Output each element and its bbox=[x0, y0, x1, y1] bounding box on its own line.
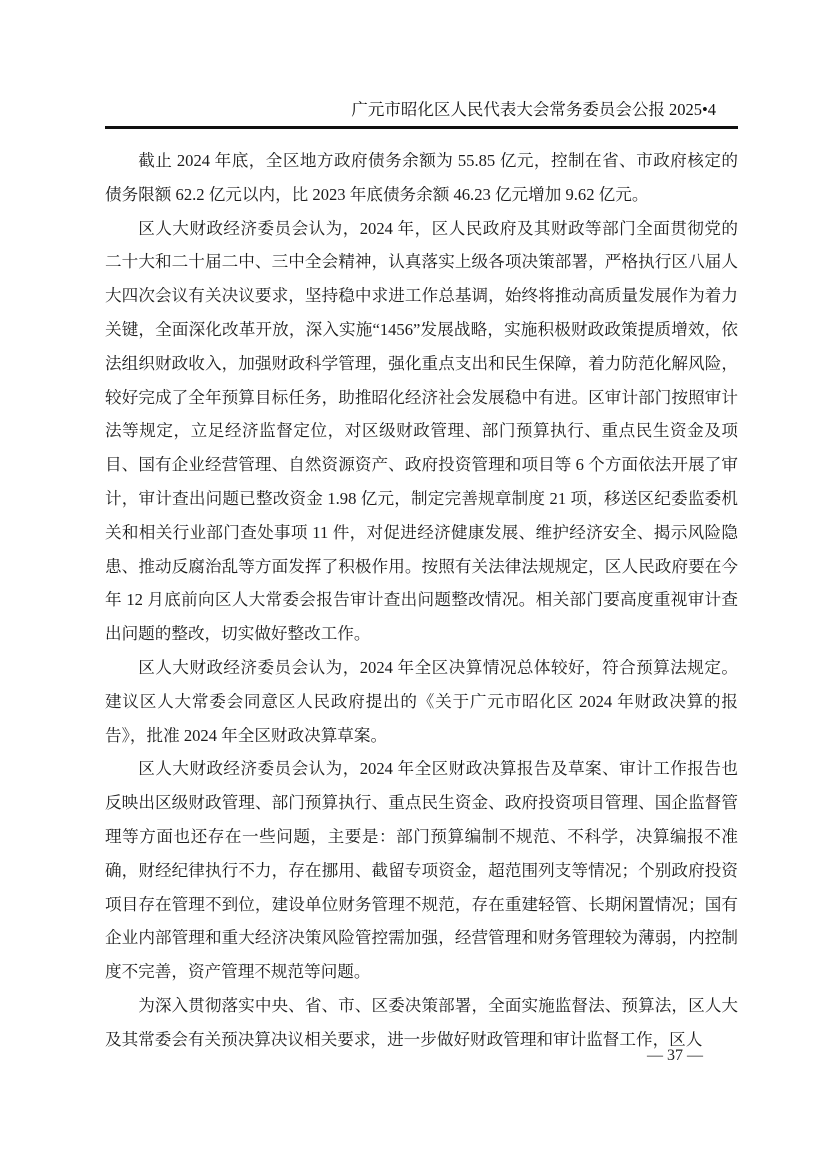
body-paragraph: 区人大财政经济委员会认为，2024 年，区人民政府及其财政等部门全面贯彻党的二十… bbox=[105, 212, 738, 651]
page-number: — 37 — bbox=[613, 1044, 737, 1068]
header-title: 广元市昭化区人民代表大会常务委员会公报 2025•4 bbox=[105, 99, 738, 121]
document-body: 截止 2024 年底，全区地方政府债务余额为 55.85 亿元，控制在省、市政府… bbox=[105, 144, 738, 1057]
body-paragraph: 截止 2024 年底，全区地方政府债务余额为 55.85 亿元，控制在省、市政府… bbox=[105, 144, 738, 212]
body-paragraph: 区人大财政经济委员会认为，2024 年全区决算情况总体较好，符合预算法规定。建议… bbox=[105, 651, 738, 752]
document-page: 广元市昭化区人民代表大会常务委员会公报 2025•4 截止 2024 年底，全区… bbox=[0, 0, 827, 1170]
body-paragraph: 区人大财政经济委员会认为，2024 年全区财政决算报告及草案、审计工作报告也反映… bbox=[105, 752, 738, 989]
page-header: 广元市昭化区人民代表大会常务委员会公报 2025•4 bbox=[105, 0, 738, 129]
header-rule bbox=[105, 126, 738, 129]
